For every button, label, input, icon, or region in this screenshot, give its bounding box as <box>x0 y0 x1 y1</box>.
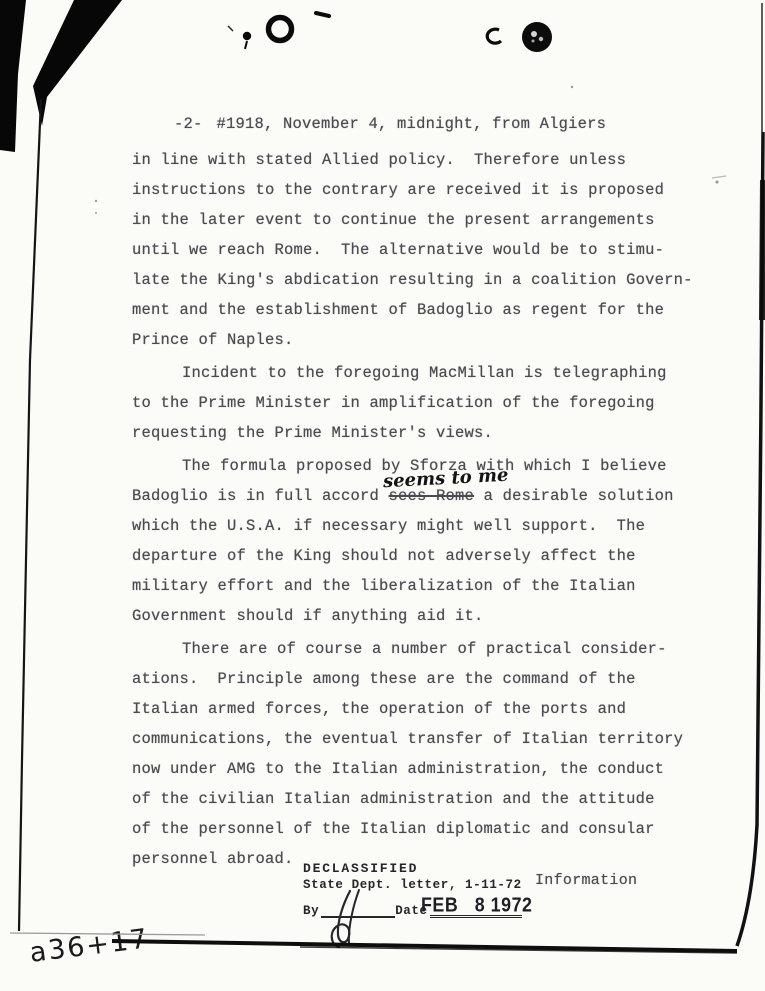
stray-mark <box>243 32 251 40</box>
handwritten-note: a36+17 <box>28 923 151 968</box>
scanned-document-page: -2-#1918, November 4, midnight, from Alg… <box>0 0 765 991</box>
page-edge-line-bottom <box>112 941 737 951</box>
stray-mark <box>316 13 329 16</box>
text-line: ment and the establishment of Badoglio a… <box>132 295 757 325</box>
corner-fold-mark <box>0 0 26 152</box>
text-line: of the personnel of the Italian diplomat… <box>132 814 757 844</box>
text-line: late the King's abdication resulting in … <box>132 265 757 295</box>
hole-punch-ring <box>269 18 292 41</box>
text-line: instructions to the contrary are receive… <box>132 175 757 205</box>
page-edge-line-right <box>762 180 763 320</box>
stray-mark <box>245 41 247 49</box>
text-line: until we reach Rome. The alternative wou… <box>132 235 757 265</box>
text-line: departure of the King should not adverse… <box>132 541 757 571</box>
text-segment: Badoglio is in full accord <box>132 487 389 505</box>
text-line: There are of course a number of practica… <box>132 634 757 664</box>
stray-mark <box>95 200 97 202</box>
text-line: which the U.S.A. if necessary might well… <box>132 511 757 541</box>
text-line: to the Prime Minister in amplification o… <box>132 388 757 418</box>
stray-mark <box>571 86 573 88</box>
stray-mark <box>95 212 97 214</box>
text-line: ations. Principle among these are the co… <box>132 664 757 694</box>
information-label: Information <box>535 872 637 889</box>
text-line: in line with stated Allied policy. There… <box>132 145 757 175</box>
struck-text: sees Romeseems to me <box>389 487 475 505</box>
text-line: now under AMG to the Italian administrat… <box>132 754 757 784</box>
date-stamp: FEB 8 1972 <box>421 894 532 918</box>
text-line: requesting the Prime Minister's views. <box>132 418 757 448</box>
text-line: communications, the eventual transfer of… <box>132 724 757 754</box>
telegram-reference: #1918, November 4, midnight, from Algier… <box>217 115 607 133</box>
stamp-title: DECLASSIFIED <box>303 861 522 876</box>
document-header: -2-#1918, November 4, midnight, from Alg… <box>136 97 606 151</box>
paragraph: Incident to the foregoing MacMillan is t… <box>132 358 757 448</box>
text-line: Incident to the foregoing MacMillan is t… <box>132 358 757 388</box>
fastener-head <box>522 22 552 52</box>
text-line: Italian armed forces, the operation of t… <box>132 694 757 724</box>
text-line: in the later event to continue the prese… <box>132 205 757 235</box>
text-line: Prince of Naples. <box>132 325 757 355</box>
text-line: Badoglio is in full accord sees Romeseem… <box>132 481 757 511</box>
document-body: in line with stated Allied policy. There… <box>132 145 757 874</box>
paragraph: There are of course a number of practica… <box>132 634 757 874</box>
paragraph: in line with stated Allied policy. There… <box>132 145 757 355</box>
text-line: military effort and the liberalization o… <box>132 571 757 601</box>
text-segment: a desirable solution <box>474 487 674 505</box>
stray-mark <box>487 29 501 43</box>
page-edge-line-left <box>19 99 41 931</box>
by-label: By <box>303 904 319 918</box>
text-line: Government should if anything aid it. <box>132 601 757 631</box>
corner-fold-mark <box>33 0 122 126</box>
stray-mark <box>228 26 233 31</box>
page-number: -2- <box>174 115 203 133</box>
text-line: of the civilian Italian administration a… <box>132 784 757 814</box>
paragraph: The formula proposed by Sforza with whic… <box>132 451 757 631</box>
handwritten-signature <box>323 888 375 950</box>
